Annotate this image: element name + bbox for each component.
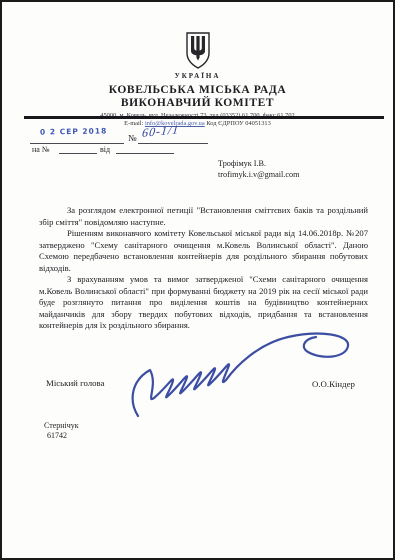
blank-line xyxy=(116,153,174,154)
country-label: УКРАЇНА xyxy=(2,72,393,80)
header-divider xyxy=(24,116,384,119)
organization-department: ВИКОНАВЧИЙ КОМІТЕТ xyxy=(2,97,393,109)
recipient-email: trofimyk.i.v@gmail.com xyxy=(218,170,299,181)
signer-title: Міський голова xyxy=(46,378,104,388)
number-label: № xyxy=(128,133,137,143)
scanned-letter-page: УКРАЇНА КОВЕЛЬСЬКА МІСЬКА РАДА ВИКОНАВЧИ… xyxy=(0,0,395,560)
signer-name: О.О.Кіндер xyxy=(312,379,355,389)
recipient-block: Трофімук І.В. trofimyk.i.v@gmail.com xyxy=(218,159,299,180)
blank-line xyxy=(59,153,97,154)
ukraine-trident-emblem-icon xyxy=(184,32,212,70)
letter-body: За розглядом електронної петиції "Встано… xyxy=(39,205,368,332)
handwritten-letter-number: 60-1/1 xyxy=(141,122,180,141)
executor-phone: 61742 xyxy=(47,431,67,440)
paragraph-1: За розглядом електронної петиції "Встано… xyxy=(39,205,368,228)
edrpou-code: Код ЄДРПОУ 04051313 xyxy=(206,120,271,127)
recipient-name: Трофімук І.В. xyxy=(218,159,299,170)
incoming-date-stamp: 0 2 СЕР 2018 xyxy=(40,126,107,136)
email-label: E-mail: xyxy=(124,120,143,127)
paragraph-3: З врахуванням умов та вимог затвердженої… xyxy=(39,274,368,332)
contact-line: E-mail: info@kovelrada.gov.ua Код ЄДРПОУ… xyxy=(2,120,393,127)
letterhead: УКРАЇНА КОВЕЛЬСЬКА МІСЬКА РАДА ВИКОНАВЧИ… xyxy=(2,32,393,127)
paragraph-2: Рішенням виконавчого комітету Ковельсько… xyxy=(39,228,368,274)
reply-to-number-label: на № xyxy=(32,145,49,154)
reply-date-label: від xyxy=(100,145,110,154)
blank-line xyxy=(30,143,124,144)
blank-line xyxy=(138,143,208,144)
organization-name: КОВЕЛЬСЬКА МІСЬКА РАДА xyxy=(2,84,393,96)
handwritten-signature xyxy=(124,328,359,420)
executor-name: Стернічук xyxy=(44,421,79,430)
